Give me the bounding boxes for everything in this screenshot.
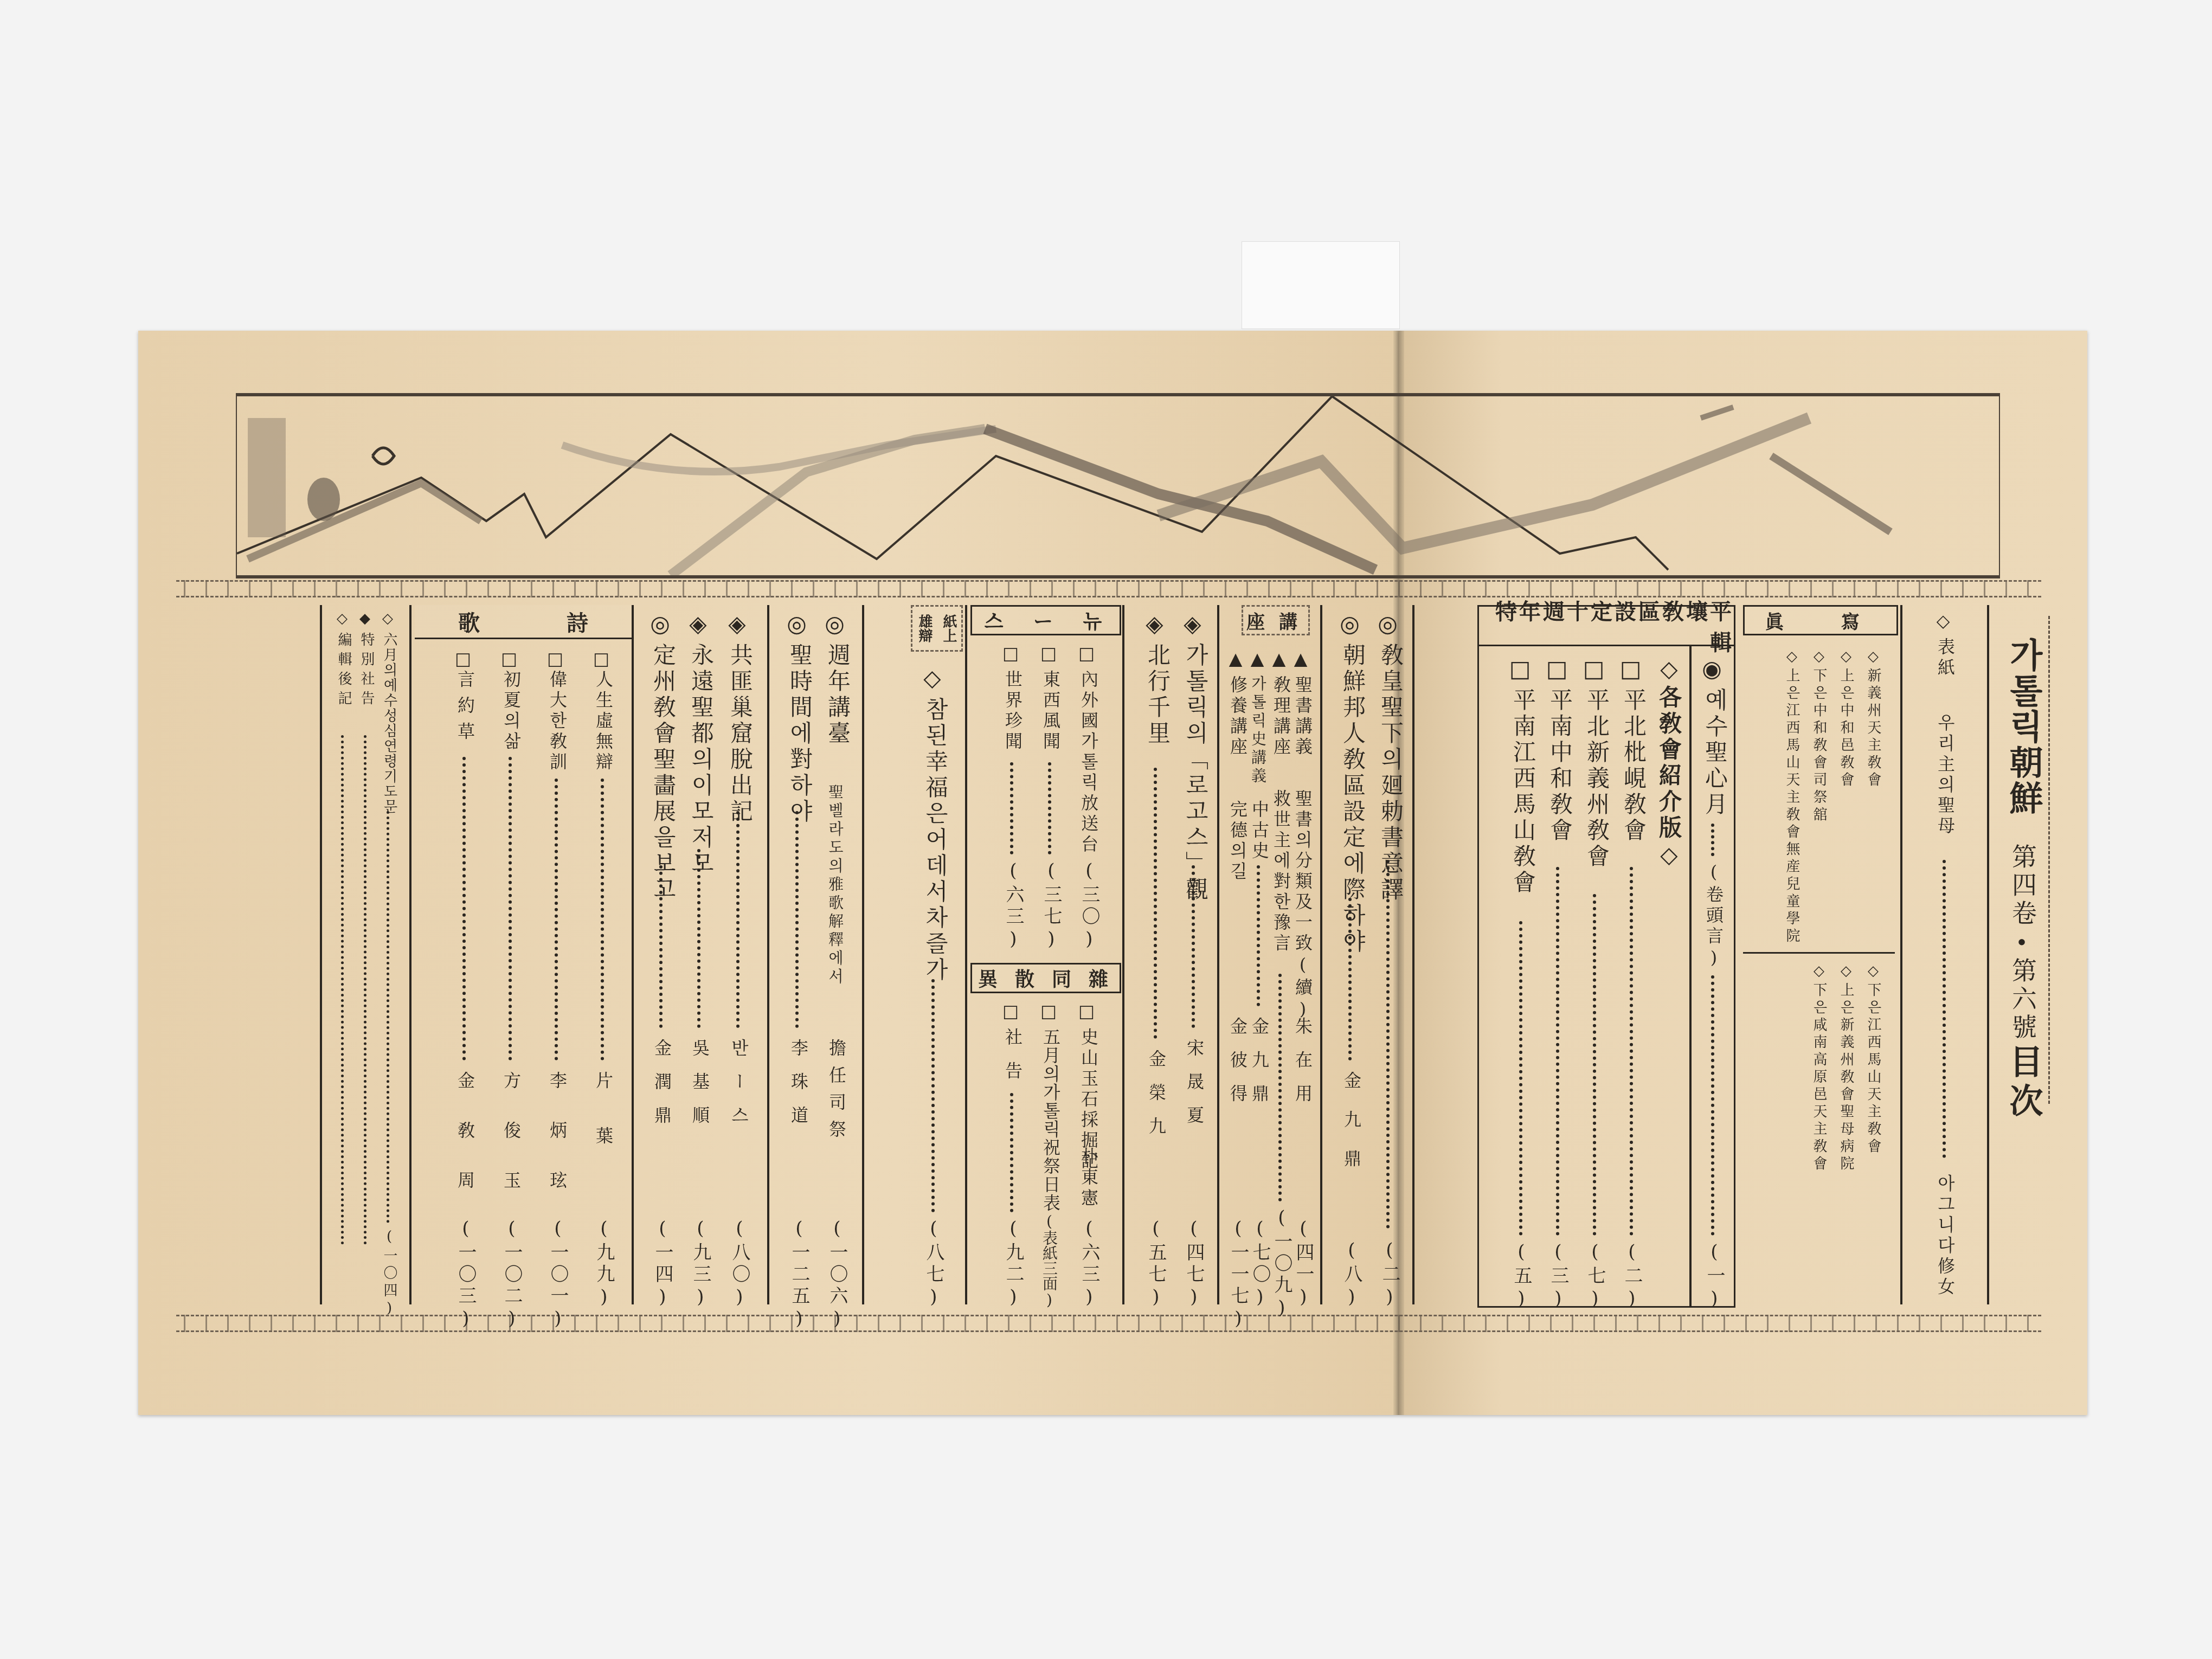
photo-caption: ◇上은新義州敎會聖母病院 [1836, 963, 1856, 1173]
lecture-title: 聖書의分類及一致(續) [1290, 789, 1315, 1023]
page-number: (三〇) [1076, 860, 1103, 953]
divider [1743, 952, 1895, 954]
square-icon: □ [1617, 655, 1644, 685]
news-header: 뉴 ー 스 [970, 605, 1121, 635]
story-author: 반ー스 [726, 1039, 751, 1140]
misc-title: 社告 [1000, 1028, 1025, 1095]
sermon-title: 聖時間에對하야 [783, 643, 816, 825]
column-divider [409, 605, 411, 1304]
poem-title: 言約草 [453, 670, 478, 748]
square-icon: □ [1076, 643, 1097, 667]
lecture-author: 金九鼎 [1247, 1017, 1272, 1118]
filled-diamond-icon: ◆ [357, 610, 373, 630]
poetry-section: 歌 詩 □ 人生虛無辯 片葉 (九九) □ 偉大한敎訓 李炳玹 (一〇一) □ … [415, 605, 632, 1304]
story-title: 共匪巢窟脫出記 [724, 643, 756, 825]
column-divider [862, 605, 864, 1304]
diamond-box-icon: ◈ [724, 610, 750, 640]
news-title: 世界珍聞 [1000, 670, 1025, 753]
lecture-author: 朱在用 [1290, 1017, 1315, 1118]
paper-tab [1242, 241, 1400, 329]
page-number: (九三) [687, 1218, 714, 1311]
square-icon: □ [1076, 1001, 1097, 1025]
sermon-author: 李珠道 [786, 1039, 811, 1140]
essay-title: 가톨릭의「로고스」觀 [1179, 643, 1212, 903]
magazine-title: 가톨릭朝鮮 [1999, 638, 2048, 816]
square-icon: □ [1038, 1001, 1059, 1025]
lecture-title: 救世主에對한豫言 [1269, 789, 1294, 954]
page-number: (二) [1619, 1241, 1645, 1313]
page-number: (一四) [650, 1218, 676, 1311]
double-circle-icon: ◎ [1374, 610, 1401, 640]
sermon-subtitle: 聖벨라도의雅歌解釋에서 [824, 784, 846, 987]
page-number: (一〇六) [824, 1218, 851, 1333]
lectures-section: 座 講 ▲ 聖書講義 聖書의分類及一致(續) 朱在用 (四一) ▲ 敎理講座 救… [1223, 605, 1320, 1304]
page-number: (一一七) [1225, 1218, 1252, 1333]
page-number: (六三) [1076, 1218, 1103, 1311]
essay-title: 北行千里 [1141, 643, 1174, 747]
leader-dots [931, 979, 935, 1212]
leader-dots [1943, 860, 1946, 1158]
lead-article-note: (卷頭言) [1701, 861, 1726, 971]
column-divider [1900, 605, 1902, 1304]
essays-section: ◈ 가톨릭의「로고스」觀 宋晟夏 (四七) ◈ 北行千里 金榮九 (五七) [1128, 605, 1217, 1304]
double-circle-icon: ◎ [783, 610, 810, 640]
feature-title: 敎皇聖下의廻勅書意譯 [1374, 643, 1407, 903]
column-divider [632, 605, 634, 1304]
leader-dots [462, 757, 466, 1060]
volume-number: 第四卷 [2005, 844, 2041, 928]
square-icon: □ [1000, 1001, 1021, 1025]
page-number: (三) [1545, 1241, 1572, 1313]
poem-title: 人生虛無辯 [591, 670, 616, 773]
leader-dots [1048, 762, 1051, 854]
leader-dots [1630, 867, 1633, 1236]
leader-dots [1556, 867, 1559, 1236]
leader-dots [387, 811, 389, 1223]
page-number: (一) [1701, 1241, 1728, 1313]
lecture-title: 中古史 [1247, 800, 1272, 862]
story-title: 永遠聖都의이모저모 [685, 643, 717, 877]
photo-caption: ◇下은中和敎會司祭舘 [1809, 648, 1829, 824]
diamond-icon: ◇ [380, 610, 396, 630]
table-of-contents: 가톨릭朝鮮 第四卷 • 第六號 目次 ◇ 表紙 우리主의聖母 아그니다修女 眞 … [182, 594, 2047, 1315]
photos-section: 眞 寫 ◇新義州天主敎會 ◇上은中和邑敎會 ◇下은中和敎會司祭舘 ◇上은江西馬山… [1743, 605, 1895, 1304]
poem-author: 方俊玉 [499, 1071, 524, 1221]
leader-dots [1711, 824, 1714, 856]
feature-title: 朝鮮邦人敎區設定에際하야 [1336, 643, 1369, 955]
lecture-title: 完德의길 [1225, 800, 1250, 883]
misc-note: (表紙三面) [1038, 1212, 1060, 1309]
leader-dots [1257, 865, 1260, 1006]
story-author: 金潤鼎 [650, 1039, 674, 1140]
news-title: 東西風聞 [1038, 670, 1063, 753]
column-divider [965, 605, 967, 1304]
church-intro-heading: ◇各敎會紹介版◇ [1652, 655, 1685, 871]
church-title: 平南中和敎會 [1544, 688, 1576, 844]
essay-author: 金榮九 [1144, 1050, 1169, 1150]
magazine-spread: 가톨릭朝鮮 第四卷 • 第六號 目次 ◇ 表紙 우리主의聖母 아그니다修女 眞 … [138, 331, 2090, 1415]
leader-dots [1192, 865, 1195, 1028]
special-issue-section: 平壤敎區設定十週年特輯 ◉ 예수聖心月 (卷頭言) (一) ◇各敎會紹介版◇ □… [1477, 605, 1735, 1308]
leader-dots [341, 735, 344, 1245]
news-title: 內外國가톨릭放送台 [1076, 670, 1101, 856]
photo-caption: ◇新義州天主敎會 [1863, 648, 1883, 789]
poem-title: 初夏의삶 [499, 670, 524, 753]
leader-dots [1278, 974, 1282, 1201]
back-matter-title: 六月의예수성심연령기도문 [380, 632, 400, 814]
cover-label: 表紙 [1933, 638, 1958, 679]
page-number: (八) [1339, 1239, 1365, 1311]
separator: • [2009, 930, 2034, 959]
misc-title: 五月의가톨릭祝祭日表 [1038, 1028, 1063, 1212]
news-misc-section: 뉴 ー 스 □ 內外國가톨릭放送台 (三〇) □ 東西風聞 (三七) □ 世界珍… [970, 605, 1122, 1304]
lectures-header: 座 講 [1242, 605, 1310, 635]
page-number: (八〇) [726, 1218, 753, 1311]
triangle-icon: ▲ [1247, 648, 1268, 672]
column-divider [1987, 605, 1989, 1304]
church-title: 平北枇峴敎會 [1617, 688, 1650, 844]
misc-author: 朴東憲 [1076, 1147, 1101, 1209]
issue-number: 第六號 [2005, 957, 2041, 1042]
leader-dots [555, 779, 558, 1060]
square-icon: □ [1038, 643, 1059, 667]
square-icon: □ [591, 648, 612, 672]
leader-dots [795, 811, 799, 1028]
header-illustration [236, 393, 2000, 578]
diamond-box-icon: ◈ [1141, 610, 1168, 640]
church-title: 平南江西馬山敎會 [1507, 688, 1539, 896]
lecture-category: 修養講座 [1225, 676, 1250, 758]
triangle-icon: ▲ [1290, 648, 1311, 672]
column-divider [1217, 605, 1219, 1304]
page-number: (五七) [1143, 1218, 1169, 1311]
column-divider [767, 605, 769, 1304]
page-number: (一〇二) [499, 1218, 525, 1333]
essay-author: 宋晟夏 [1182, 1039, 1207, 1140]
leader-dots [659, 865, 663, 1028]
back-matter-title: 編輯後記 [334, 632, 354, 710]
bullseye-icon: ◉ [1699, 655, 1725, 685]
back-matter-section: ◇ 六月의예수성심연령기도문 (一〇四) ◆ 特別社告 ◇ 編輯後記 [325, 605, 409, 1304]
story-title: 定州敎會聖畵展을보고 [647, 643, 679, 903]
toc-label: 目次 [1999, 1044, 2048, 1122]
leader-dots [1348, 898, 1352, 1060]
leader-dots [1010, 762, 1013, 854]
features-section: ◎ 敎皇聖下의廻勅書意譯 (二) ◎ 朝鮮邦人敎區設定에際하야 金九鼎 (八) [1326, 605, 1412, 1304]
diamond-icon: ◇ [919, 665, 946, 695]
column-divider [1320, 605, 1322, 1304]
lecture-category: 가톨릭史講義 [1247, 676, 1269, 786]
bird-icon [307, 478, 340, 521]
diamond-icon: ◇ [1933, 610, 1953, 634]
square-icon: □ [545, 648, 565, 672]
double-circle-icon: ◎ [821, 610, 848, 640]
column-divider [320, 605, 322, 1304]
cover-entry[interactable]: ◇ 表紙 우리主의聖母 아그니다修女 [1911, 605, 1982, 1304]
photo-caption: ◇下은咸南高原邑天主敎會 [1809, 963, 1829, 1173]
debate-section: 紙上 雄辯 ◇ 참된幸福은어데서차즐가 (八七) [867, 605, 965, 1304]
leader-dots [509, 757, 512, 1060]
square-icon: □ [1507, 655, 1533, 685]
photos-header: 眞 寫 [1743, 605, 1898, 635]
leader-dots [1010, 1093, 1013, 1212]
leader-dots [1386, 860, 1390, 1229]
page-number: (七) [1582, 1241, 1609, 1313]
square-icon: □ [453, 648, 473, 672]
photo-caption: ◇上은江西馬山天主敎會無産兒童學院 [1782, 648, 1802, 946]
triangle-icon: ▲ [1269, 648, 1289, 672]
page-number: (一二五) [786, 1218, 813, 1333]
mountain-branch-illustration [237, 396, 1999, 575]
sermon-author: 擔任司祭 [824, 1039, 849, 1147]
cover-title: 우리主의聖母 [1933, 713, 1958, 837]
page-number: (三七) [1038, 860, 1065, 953]
page-number: (五) [1508, 1241, 1535, 1313]
stories-section: ◈ 共匪巢窟脫出記 반ー스 (八〇) ◈ 永遠聖都의이모저모 吳基順 (九三) … [637, 605, 767, 1304]
magazine-title-box: 가톨릭朝鮮 第四卷 • 第六號 目次 [1987, 616, 2050, 1104]
debate-title: 참된幸福은어데서차즐가 [919, 697, 951, 983]
leader-dots [1519, 921, 1522, 1236]
square-icon: □ [499, 648, 519, 672]
feature-author: 金九鼎 [1339, 1071, 1364, 1188]
leader-dots [736, 811, 740, 1028]
page-number: (九九) [591, 1218, 618, 1311]
poem-author: 片葉 [591, 1071, 616, 1182]
page-number: (一〇四) [380, 1229, 400, 1320]
page-number: (九二) [1000, 1218, 1027, 1311]
photo-caption: ◇下은江西馬山天主敎會 [1863, 963, 1883, 1156]
special-issue-header: 平壤敎區設定十週年特輯 [1479, 607, 1734, 646]
leader-dots [1154, 768, 1157, 1039]
diamond-box-icon: ◈ [685, 610, 711, 640]
church-title: 平北新義州敎會 [1580, 688, 1613, 870]
diamond-icon: ◇ [334, 610, 350, 630]
column-divider [1122, 605, 1124, 1304]
poetry-header: 歌 詩 [415, 605, 632, 639]
leader-dots [364, 735, 366, 1245]
leader-dots [697, 849, 700, 1028]
square-icon: □ [1544, 655, 1570, 685]
page-number: (四七) [1181, 1218, 1207, 1311]
poem-title: 偉大한敎訓 [545, 670, 570, 773]
lecture-category: 聖書講義 [1290, 676, 1315, 758]
column-divider [1689, 645, 1692, 1306]
square-icon: □ [1000, 643, 1021, 667]
page-number: (六三) [1000, 860, 1027, 953]
page-number: (一〇三) [453, 1218, 479, 1333]
leader-dots [1593, 894, 1596, 1236]
double-circle-icon: ◎ [647, 610, 673, 640]
poem-author: 金敎周 [453, 1071, 478, 1221]
cover-author: 아그니다修女 [1933, 1174, 1958, 1298]
leader-dots [1711, 975, 1714, 1236]
leader-dots [601, 779, 604, 1060]
sermons-section: ◎ 週年講臺 聖벨라도의雅歌解釋에서 擔任司祭 (一〇六) ◎ 聖時間에對하야 … [773, 605, 862, 1304]
misc-header: 雜 同 散 異 [970, 963, 1121, 993]
page-number: (八七) [921, 1218, 947, 1311]
column-divider [1412, 605, 1414, 1304]
lead-article-title: 예수聖心月 [1699, 688, 1731, 818]
sermon-title: 週年講臺 [821, 643, 854, 747]
back-matter-title: 特別社告 [357, 632, 377, 710]
story-author: 吳基順 [687, 1039, 712, 1140]
debate-header: 紙上 雄辯 [911, 605, 963, 652]
lecture-category: 敎理講座 [1269, 676, 1294, 758]
lecture-author: 金彼得 [1225, 1017, 1250, 1118]
page-number: (二) [1377, 1239, 1403, 1311]
double-circle-icon: ◎ [1336, 610, 1363, 640]
photo-caption: ◇上은中和邑敎會 [1836, 648, 1856, 789]
page-number: (一〇一) [545, 1218, 571, 1333]
poem-author: 李炳玹 [545, 1071, 570, 1221]
diamond-box-icon: ◈ [1179, 610, 1206, 640]
triangle-icon: ▲ [1225, 648, 1246, 672]
square-icon: □ [1580, 655, 1607, 685]
